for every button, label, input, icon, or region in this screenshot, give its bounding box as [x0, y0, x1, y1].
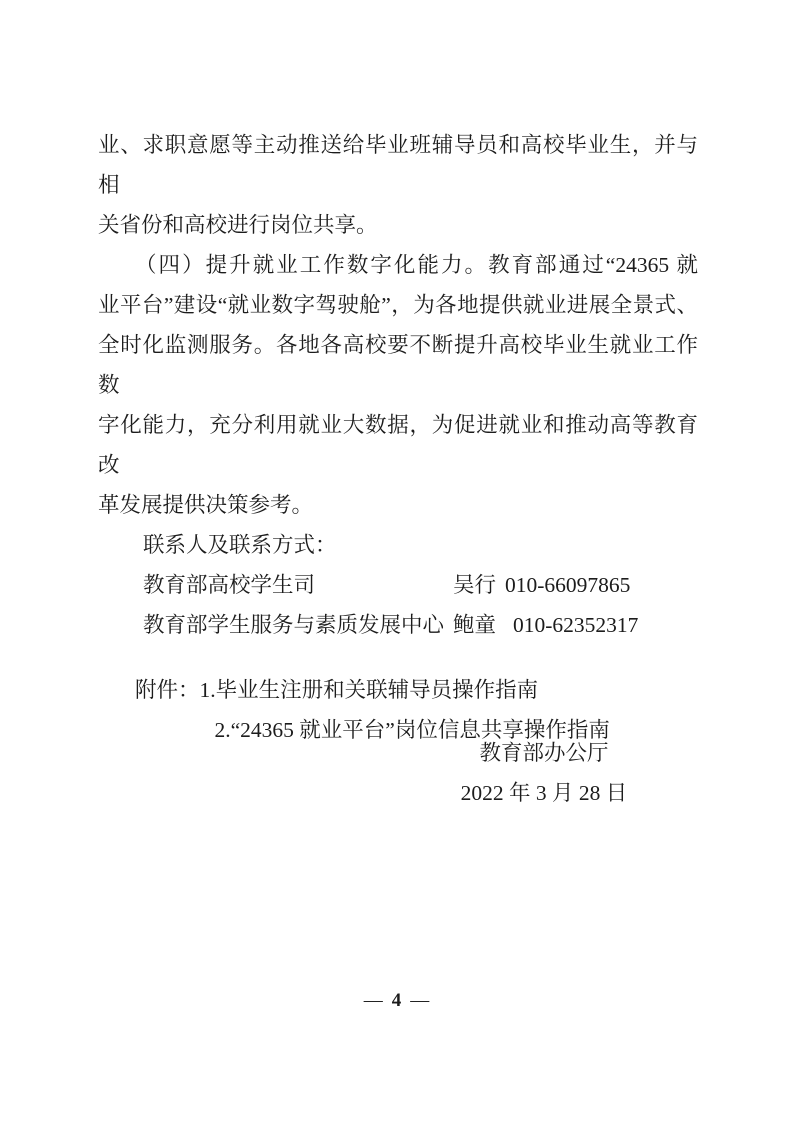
- paragraph-section-four: （四）提升就业工作数字化能力。教育部通过“24365 就 业平台”建设“就业数字…: [98, 245, 698, 525]
- text-line: 关省份和高校进行岗位共享。: [98, 205, 698, 245]
- contact-row: 教育部学生服务与素质发展中心 鲍童 010-62352317: [143, 605, 698, 645]
- document-page: 业、求职意愿等主动推送给毕业班辅导员和高校毕业生，并与相 关省份和高校进行岗位共…: [0, 0, 793, 1122]
- attachments-label: 附件：: [135, 670, 200, 710]
- signature-block: 教育部办公厅 2022 年 3 月 28 日: [434, 733, 654, 813]
- contact-department: 教育部学生服务与素质发展中心: [143, 605, 453, 645]
- attachment-item: 1.毕业生注册和关联辅导员操作指南: [200, 670, 698, 710]
- page-number: 4: [392, 990, 402, 1011]
- paragraph-continuation: 业、求职意愿等主动推送给毕业班辅导员和高校毕业生，并与相 关省份和高校进行岗位共…: [98, 125, 698, 245]
- signature-organization: 教育部办公厅: [434, 733, 654, 773]
- contact-phone-number: 010-66097865: [505, 565, 630, 605]
- text-line: 业平台”建设“就业数字驾驶舱”，为各地提供就业进展全景式、: [98, 285, 698, 325]
- contact-person-name: 吴行: [453, 565, 496, 605]
- footer-dash-left: —: [364, 990, 383, 1011]
- contact-phone-number: 010-62352317: [513, 605, 638, 645]
- text-line: 全时化监测服务。各地各高校要不断提升高校毕业生就业工作数: [98, 325, 698, 405]
- signature-date: 2022 年 3 月 28 日: [434, 773, 654, 813]
- document-body: 业、求职意愿等主动推送给毕业班辅导员和高校毕业生，并与相 关省份和高校进行岗位共…: [98, 125, 698, 750]
- text-line: 革发展提供决策参考。: [98, 485, 698, 525]
- contact-row: 教育部高校学生司 吴行 010-66097865: [143, 565, 698, 605]
- footer-dash-right: —: [410, 990, 429, 1011]
- text-line: 字化能力，充分利用就业大数据，为促进就业和推动高等教育改: [98, 405, 698, 485]
- contact-department: 教育部高校学生司: [143, 565, 453, 605]
- page-footer: —4—: [0, 988, 793, 1014]
- contact-person-name: 鲍童: [453, 605, 496, 645]
- contact-heading: 联系人及联系方式：: [143, 525, 698, 565]
- text-line: 业、求职意愿等主动推送给毕业班辅导员和高校毕业生，并与相: [98, 125, 698, 205]
- text-line: （四）提升就业工作数字化能力。教育部通过“24365 就: [98, 245, 698, 285]
